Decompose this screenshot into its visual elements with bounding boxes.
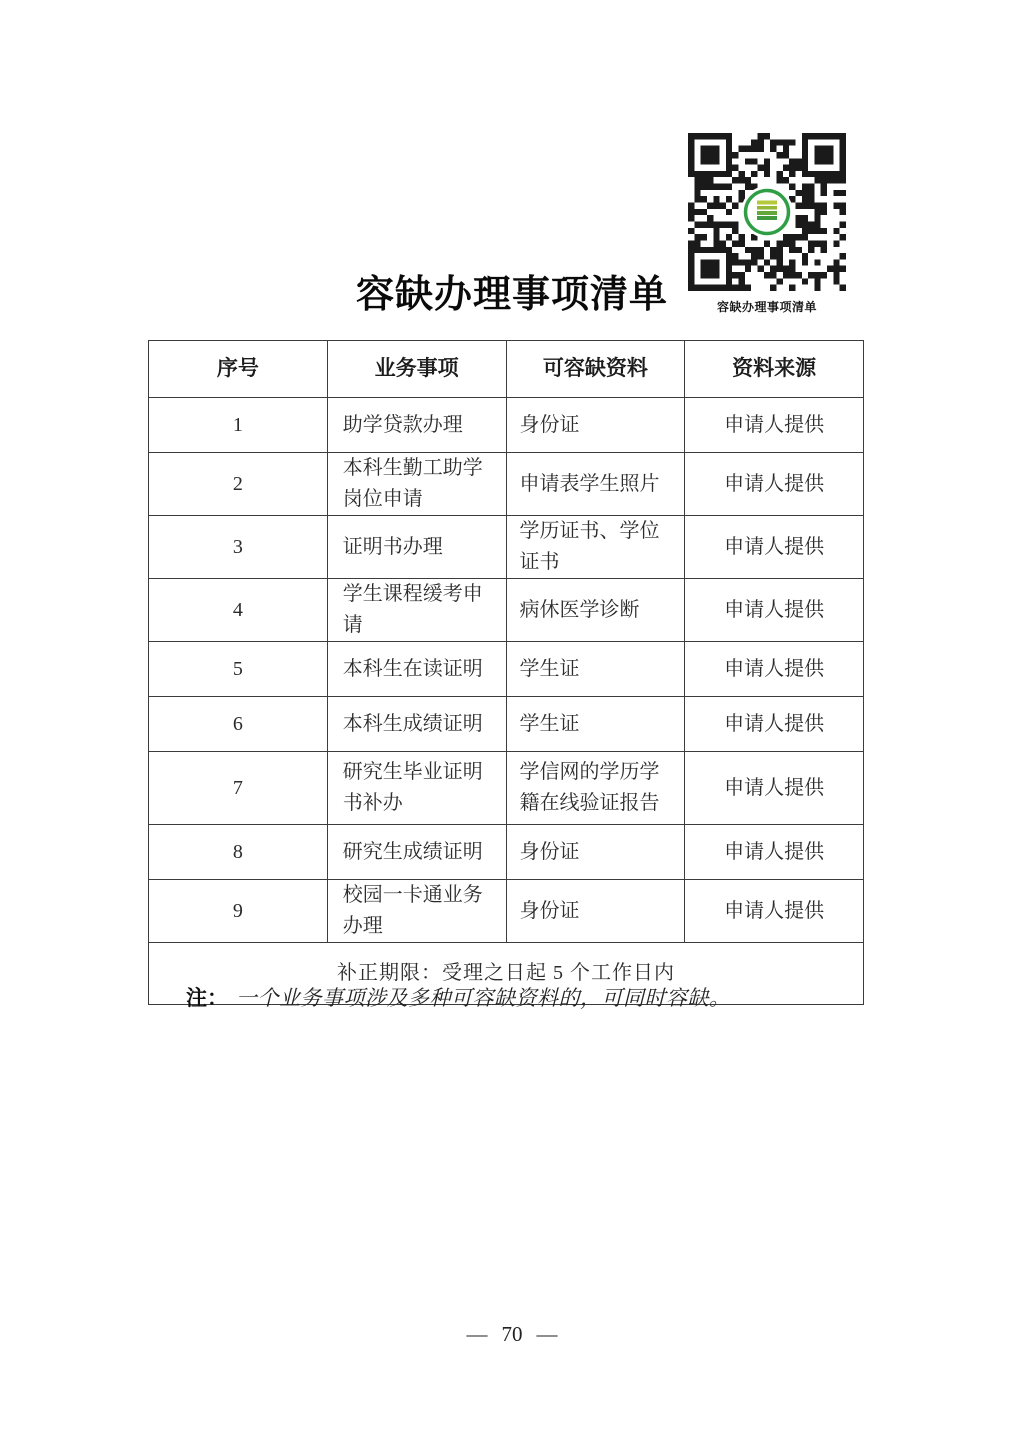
table-row: 4 学生课程缓考申请 病休医学诊断 申请人提供	[149, 579, 864, 642]
cell-business-item: 本科生勤工助学岗位申请	[327, 453, 506, 516]
cell-source: 申请人提供	[685, 579, 864, 642]
cell-business-item: 助学贷款办理	[327, 398, 506, 453]
table-row: 5 本科生在读证明 学生证 申请人提供	[149, 642, 864, 697]
cell-index: 2	[149, 453, 328, 516]
cell-business-item: 校园一卡通业务办理	[327, 880, 506, 943]
page-title: 容缺办理事项清单	[0, 263, 1024, 318]
cell-business-item: 本科生在读证明	[327, 642, 506, 697]
footnote: 注：一个业务事项涉及多种可容缺资料的，可同时容缺。	[186, 982, 731, 1012]
page-number-footer: —70—	[0, 1322, 1024, 1347]
table-row: 6 本科生成绩证明 学生证 申请人提供	[149, 697, 864, 752]
page-number-dash-left: —	[467, 1322, 488, 1346]
cell-source: 申请人提供	[685, 825, 864, 880]
document-page: 容缺办理事项清单 容缺办理事项清单 序号 业务事项 可容缺资料 资料来源 1 助…	[0, 0, 1024, 1448]
col-header-material-source: 资料来源	[685, 341, 864, 398]
cell-source: 申请人提供	[685, 880, 864, 943]
cell-index: 8	[149, 825, 328, 880]
cell-material: 身份证	[506, 880, 685, 943]
cell-index: 1	[149, 398, 328, 453]
cell-source: 申请人提供	[685, 398, 864, 453]
cell-index: 6	[149, 697, 328, 752]
cell-source: 申请人提供	[685, 642, 864, 697]
cell-source: 申请人提供	[685, 516, 864, 579]
table-header-row: 序号 业务事项 可容缺资料 资料来源	[149, 341, 864, 398]
page-number: 70	[502, 1322, 523, 1346]
table-row: 1 助学贷款办理 身份证 申请人提供	[149, 398, 864, 453]
table-row: 7 研究生毕业证明书补办 学信网的学历学籍在线验证报告 申请人提供	[149, 752, 864, 825]
cell-index: 5	[149, 642, 328, 697]
cell-source: 申请人提供	[685, 752, 864, 825]
col-header-tolerable-material: 可容缺资料	[506, 341, 685, 398]
cell-index: 3	[149, 516, 328, 579]
table-row: 9 校园一卡通业务办理 身份证 申请人提供	[149, 880, 864, 943]
cell-index: 4	[149, 579, 328, 642]
table-row: 3 证明书办理 学历证书、学位证书 申请人提供	[149, 516, 864, 579]
footnote-label: 注：	[186, 987, 228, 1010]
cell-business-item: 证明书办理	[327, 516, 506, 579]
col-header-index: 序号	[149, 341, 328, 398]
cell-material: 学信网的学历学籍在线验证报告	[506, 752, 685, 825]
cell-business-item: 学生课程缓考申请	[327, 579, 506, 642]
cell-material: 学历证书、学位证书	[506, 516, 685, 579]
cell-material: 学生证	[506, 642, 685, 697]
cell-material: 身份证	[506, 398, 685, 453]
cell-index: 9	[149, 880, 328, 943]
col-header-business-item: 业务事项	[327, 341, 506, 398]
cell-material: 申请表学生照片	[506, 453, 685, 516]
cell-business-item: 研究生毕业证明书补办	[327, 752, 506, 825]
cell-business-item: 本科生成绩证明	[327, 697, 506, 752]
table-row: 2 本科生勤工助学岗位申请 申请表学生照片 申请人提供	[149, 453, 864, 516]
cell-material: 身份证	[506, 825, 685, 880]
footnote-text: 一个业务事项涉及多种可容缺资料的，可同时容缺。	[236, 986, 731, 1010]
cell-material: 学生证	[506, 697, 685, 752]
cell-index: 7	[149, 752, 328, 825]
page-number-dash-right: —	[537, 1322, 558, 1346]
cell-business-item: 研究生成绩证明	[327, 825, 506, 880]
tolerance-items-table: 序号 业务事项 可容缺资料 资料来源 1 助学贷款办理 身份证 申请人提供 2 …	[148, 340, 864, 1005]
table-row: 8 研究生成绩证明 身份证 申请人提供	[149, 825, 864, 880]
cell-source: 申请人提供	[685, 453, 864, 516]
cell-material: 病休医学诊断	[506, 579, 685, 642]
cell-source: 申请人提供	[685, 697, 864, 752]
